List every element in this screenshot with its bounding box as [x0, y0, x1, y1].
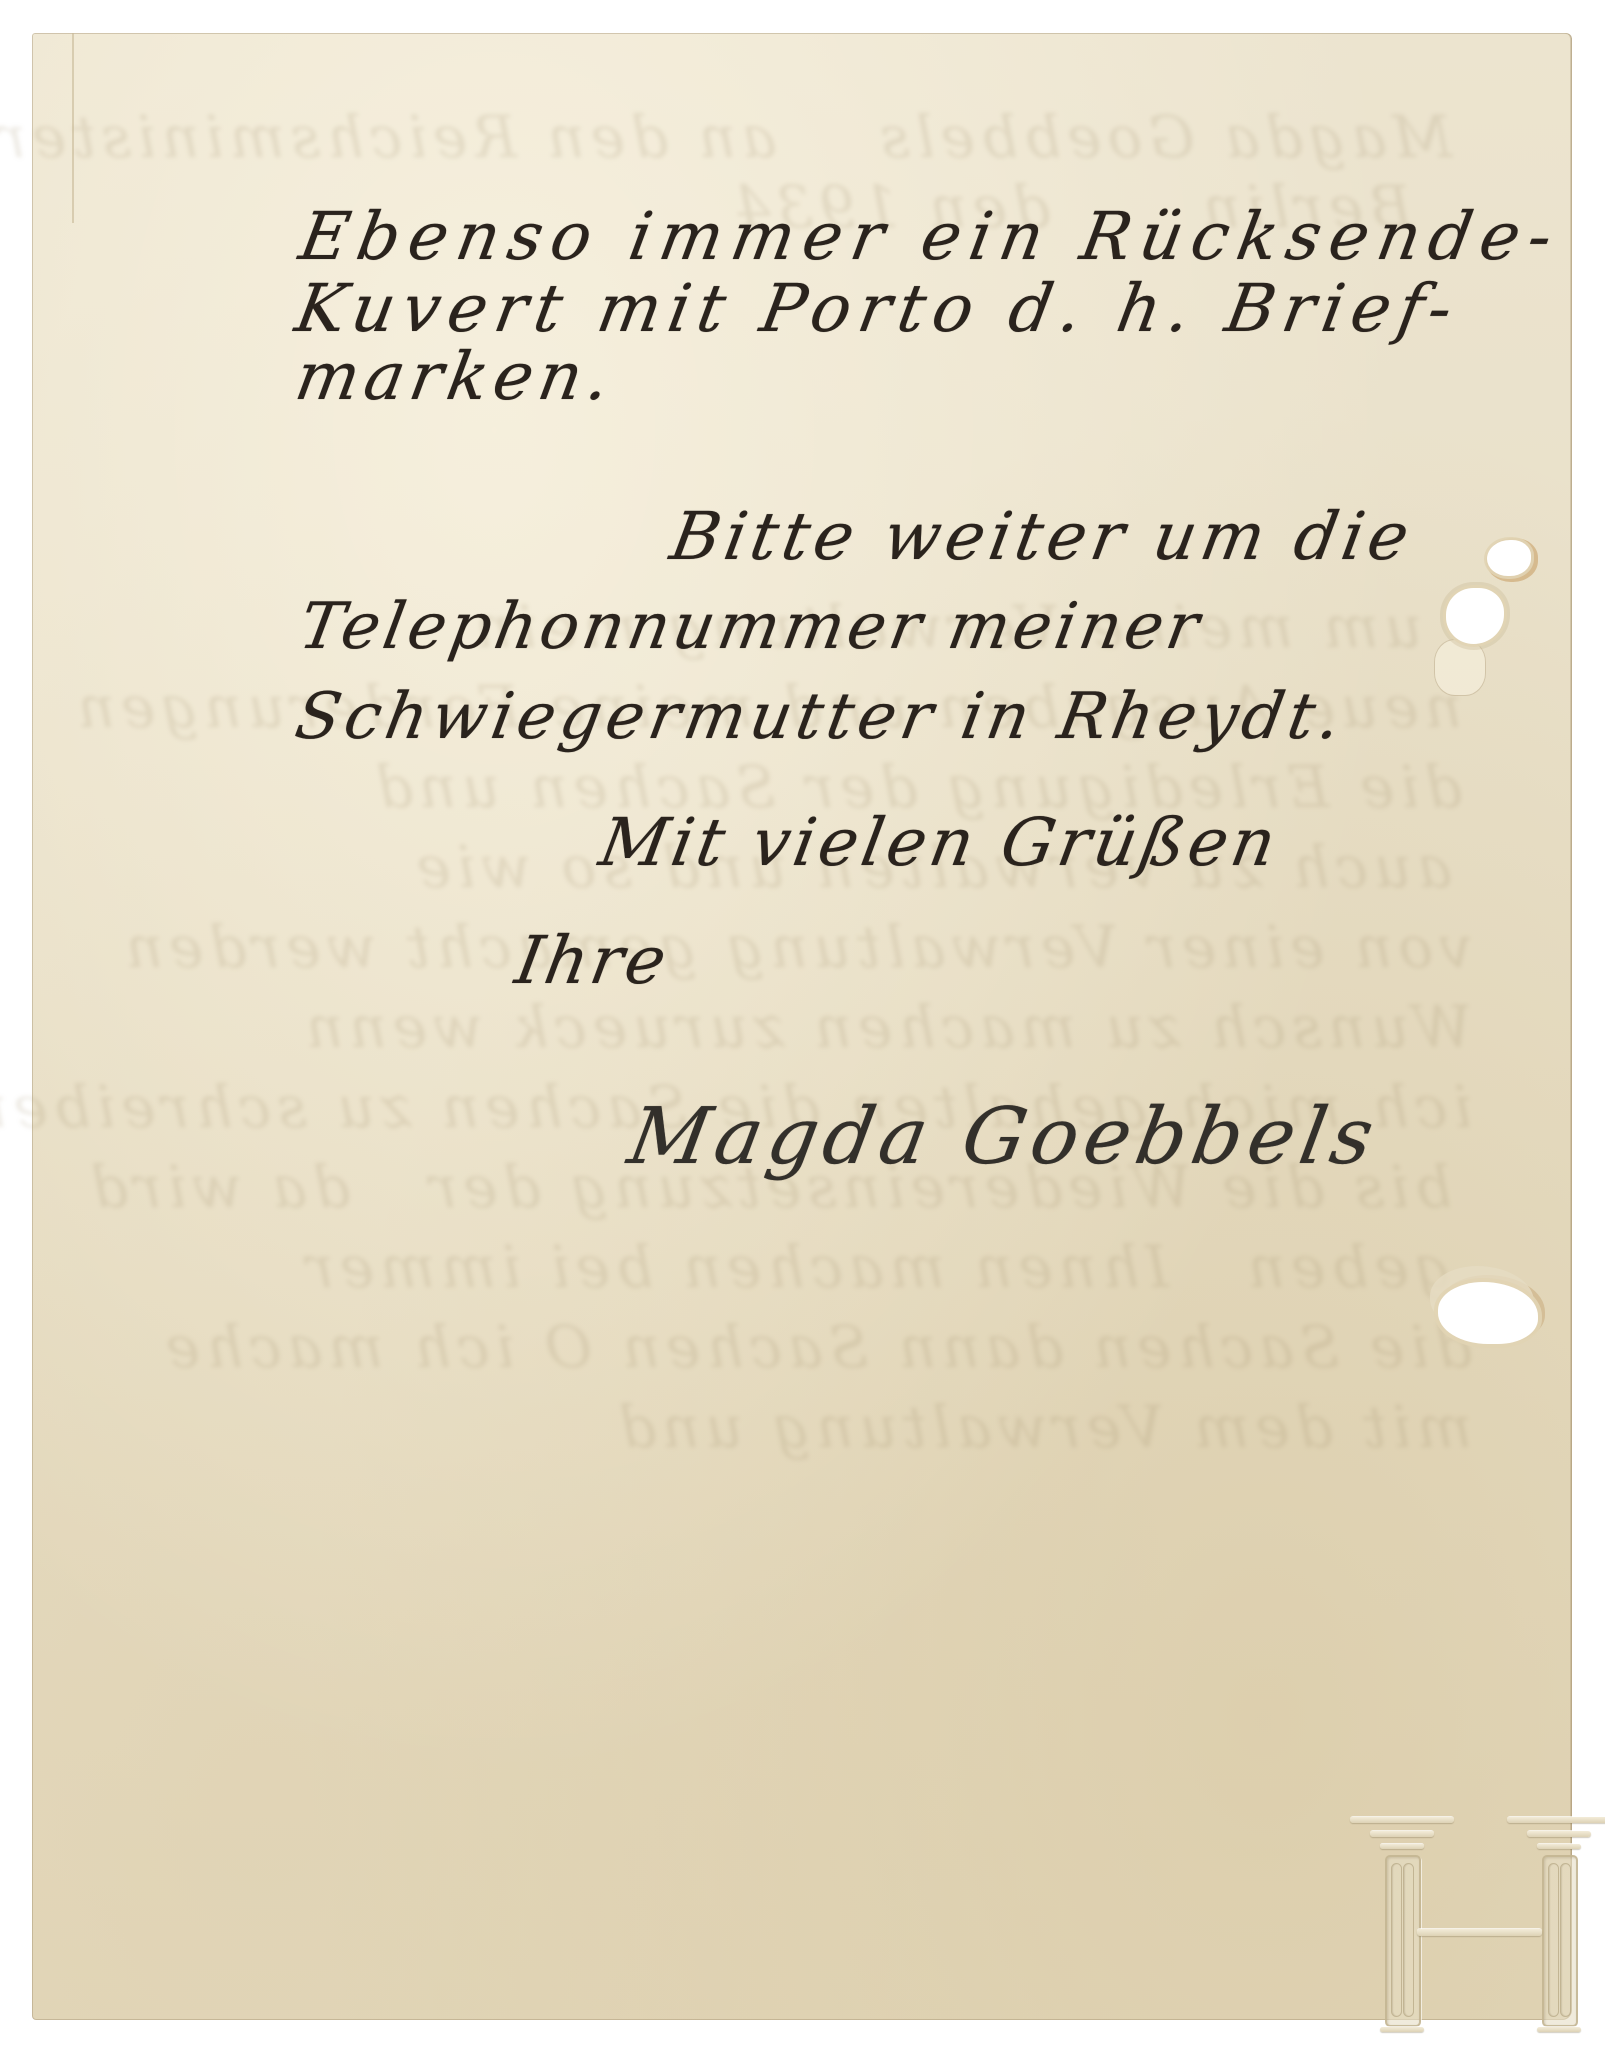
letter-line: marken. — [290, 338, 622, 415]
letter-line: Ebenso immer ein Rücksende- — [294, 198, 1567, 275]
punch-hole — [1487, 540, 1531, 576]
embossed-h-columns-icon — [1325, 1783, 1583, 2026]
letter-line: Telephonnummer meiner — [294, 590, 1208, 664]
paper-tear — [1435, 640, 1485, 695]
letter-line: Bitte weiter um die — [665, 498, 1420, 575]
paper-crease — [72, 33, 74, 223]
closing-salutation: Ihre — [510, 922, 675, 999]
letter-line: Schwiegermutter in Rheydt. — [290, 680, 1351, 754]
letter-closing: Mit vielen Grüßen — [594, 804, 1285, 881]
letter-line: Kuvert mit Porto d. h. Brief- — [290, 270, 1466, 347]
signature: Magda Goebbels — [622, 1092, 1386, 1182]
